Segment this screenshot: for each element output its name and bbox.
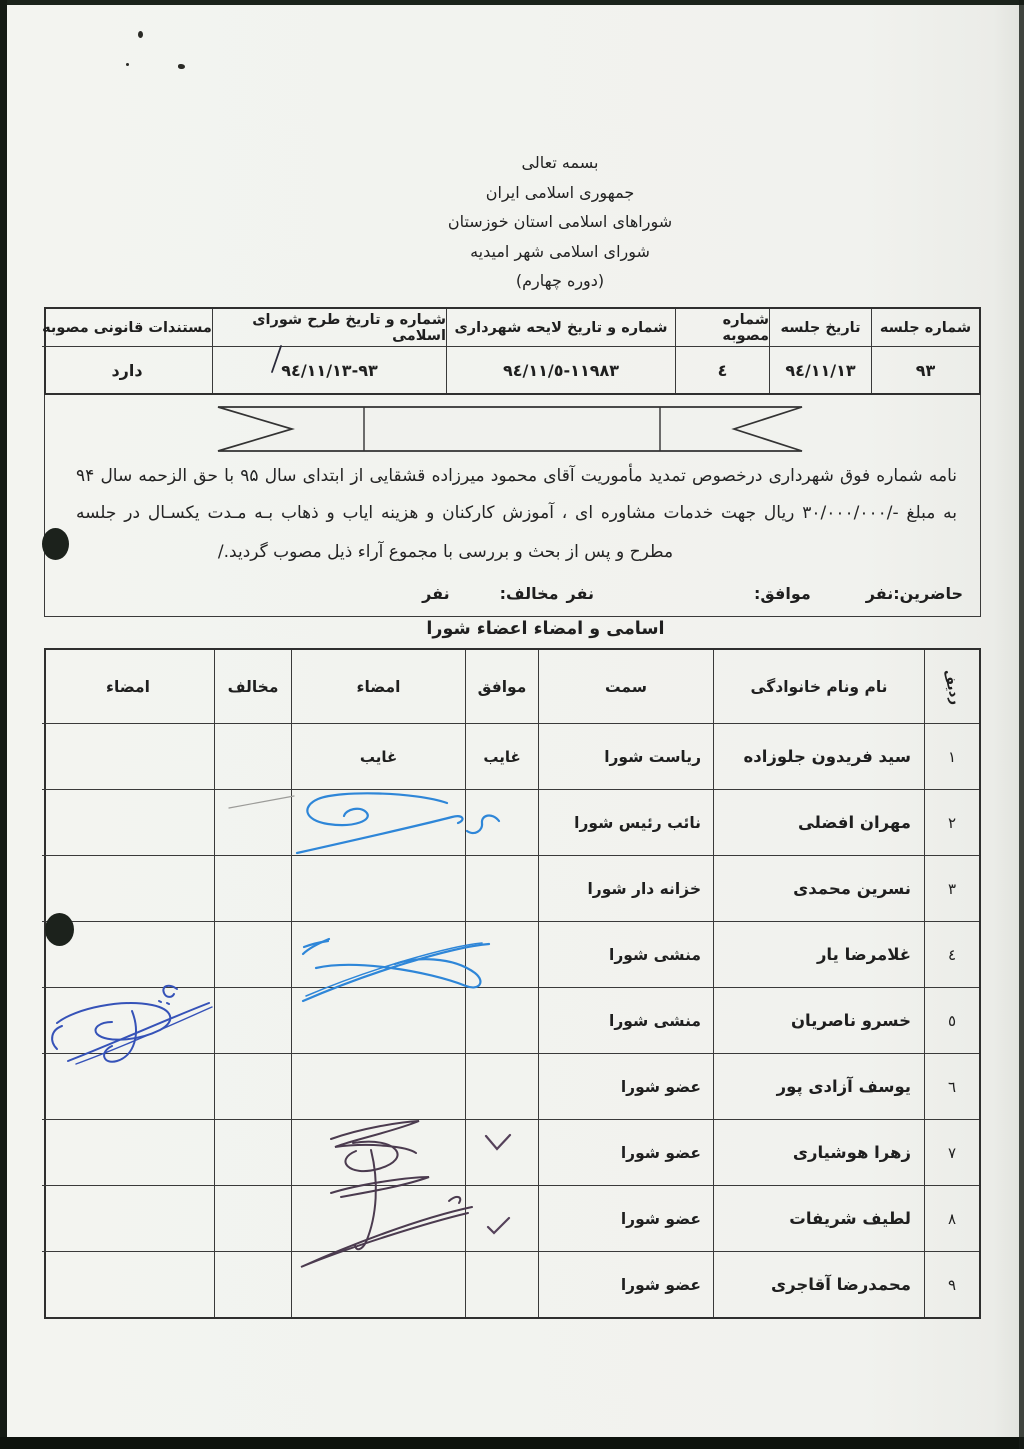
agree-label: موافق: xyxy=(754,584,811,603)
session-date: ٩٤/١١/١٣ xyxy=(785,361,855,380)
member-oppose-cell xyxy=(214,1185,291,1251)
value-session-date: ٩٤/١١/١٣ xyxy=(769,346,871,393)
member-signature-cell xyxy=(291,1185,465,1251)
col-header-signature: امضاء xyxy=(291,650,465,723)
punch-hole-top xyxy=(42,528,69,560)
scan-edge-bottom xyxy=(0,1437,1024,1449)
col-header-row-no: ردیف xyxy=(924,650,979,723)
col-header-member-position: سمت xyxy=(538,650,713,723)
col-header-session-no: شماره جلسه xyxy=(871,309,979,346)
member-name: سید فریدون جلوزاده xyxy=(713,723,924,789)
value-session-no: ٩٣ xyxy=(871,346,979,393)
session-no: ٩٣ xyxy=(916,361,936,380)
member-oppose-cell xyxy=(214,1251,291,1317)
present-count: نفر xyxy=(866,584,893,603)
dust-speck-1 xyxy=(138,31,143,38)
punch-hole-bottom xyxy=(45,913,74,946)
member-agree-cell xyxy=(465,987,538,1053)
member-row-no: ٦ xyxy=(924,1053,979,1119)
member-signature-cell: غایب xyxy=(291,723,465,789)
plan-no-date: ٩٤/١١/١٣-٩٣ xyxy=(281,361,377,380)
member-oppose-cell xyxy=(214,855,291,921)
col-header-signature-2: امضاء xyxy=(42,650,214,723)
member-signature-cell-2 xyxy=(42,987,214,1053)
member-name: خسرو ناصریان xyxy=(713,987,924,1053)
col-header-legal-docs: مستندات قانونی مصوبه xyxy=(42,309,212,346)
member-row-no: ٣ xyxy=(924,855,979,921)
member-agree-cell xyxy=(465,1251,538,1317)
member-name: زهرا هوشیاری xyxy=(713,1119,924,1185)
member-signature-cell-2 xyxy=(42,1185,214,1251)
member-agree-cell xyxy=(465,1119,538,1185)
members-signature-table: ردیف نام ونام خانوادگی سمت موافق امضاء م… xyxy=(44,648,981,1319)
present-label: حاضرین: xyxy=(893,584,963,603)
member-name: محمدرضا آقاجری xyxy=(713,1251,924,1317)
value-plan-no-date: ٩٤/١١/١٣-٩٣ xyxy=(212,346,446,393)
member-signature-cell xyxy=(291,1119,465,1185)
member-row-no: ٤ xyxy=(924,921,979,987)
member-position: عضو شورا xyxy=(538,1053,713,1119)
letterhead-line-province-councils: شوراهای اسلامی استان خوزستان xyxy=(260,207,860,237)
member-row-no: ٩ xyxy=(924,1251,979,1317)
col-header-plan-no-date: شماره و تاریخ طرح شورای اسلامی xyxy=(212,309,446,346)
col-header-bill-no-date: شماره و تاریخ لایحه شهرداری xyxy=(446,309,675,346)
member-position: عضو شورا xyxy=(538,1119,713,1185)
col-header-resolution-no: شماره مصوبه xyxy=(675,309,769,346)
letterhead: بسمه تعالی جمهوری اسلامی ایران شوراهای ا… xyxy=(260,148,860,296)
member-position: منشی شورا xyxy=(538,921,713,987)
scan-edge-left xyxy=(0,0,7,1449)
bill-no-date: ٩٤/١١/٥-١١٩٨٣ xyxy=(503,361,619,380)
member-oppose-cell xyxy=(214,1119,291,1185)
member-row-no: ١ xyxy=(924,723,979,789)
member-oppose-cell xyxy=(214,1053,291,1119)
member-oppose-cell xyxy=(214,987,291,1053)
member-oppose-cell xyxy=(214,723,291,789)
ribbon-title: متن مصوبه xyxy=(364,407,660,451)
scanned-council-resolution-page: بسمه تعالی جمهوری اسلامی ایران شوراهای ا… xyxy=(0,0,1024,1449)
oppose-count: نفر xyxy=(422,584,449,603)
member-position: عضو شورا xyxy=(538,1251,713,1317)
member-row-no: ٥ xyxy=(924,987,979,1053)
meeting-info-table: شماره جلسه تاریخ جلسه شماره مصوبه شماره … xyxy=(44,307,981,395)
resolution-line-1: نامه شماره فوق شهرداری درخصوص تمدید مأمو… xyxy=(44,458,981,495)
resolution-no: ٤ xyxy=(718,361,728,380)
scan-edge-top xyxy=(0,0,1024,5)
value-legal-docs: دارد xyxy=(42,346,212,393)
member-signature-cell-2 xyxy=(42,1251,214,1317)
member-position: منشی شورا xyxy=(538,987,713,1053)
member-agree-cell xyxy=(465,921,538,987)
oppose-label: مخالف: xyxy=(500,584,559,603)
member-row-no: ٧ xyxy=(924,1119,979,1185)
row-no-label: ردیف xyxy=(940,667,964,706)
col-header-session-date: تاریخ جلسه xyxy=(769,309,871,346)
member-signature-cell xyxy=(291,1053,465,1119)
member-signature-cell xyxy=(291,921,465,987)
member-signature-cell xyxy=(291,1251,465,1317)
member-signature-cell xyxy=(291,987,465,1053)
letterhead-line-basmala: بسمه تعالی xyxy=(260,148,860,178)
member-agree-cell xyxy=(465,1053,538,1119)
members-section-title: اسامی و امضاء اعضاء شورا xyxy=(77,619,1014,639)
member-agree-cell xyxy=(465,855,538,921)
member-name: غلامرضا یار xyxy=(713,921,924,987)
resolution-line-3: مطرح و پس از بحث و بررسی با مجموع آراء ذ… xyxy=(44,534,981,571)
member-signature-cell-2 xyxy=(42,723,214,789)
member-name: لطیف شریفات xyxy=(713,1185,924,1251)
member-signature-cell xyxy=(291,855,465,921)
member-signature-cell-2 xyxy=(42,1053,214,1119)
member-name: مهران افضلی xyxy=(713,789,924,855)
member-row-no: ٢ xyxy=(924,789,979,855)
letterhead-line-city-council: شورای اسلامی شهر امیدیه xyxy=(260,237,860,267)
member-oppose-cell xyxy=(214,789,291,855)
member-agree-cell xyxy=(465,789,538,855)
member-signature-cell-2 xyxy=(42,789,214,855)
col-header-oppose: مخالف xyxy=(214,650,291,723)
member-signature-cell-2 xyxy=(42,1119,214,1185)
member-agree-cell: غایب xyxy=(465,723,538,789)
agree-count: نفر xyxy=(567,584,594,603)
member-signature-cell xyxy=(291,789,465,855)
dust-speck-3 xyxy=(178,64,185,69)
member-oppose-cell xyxy=(214,921,291,987)
member-position: خزانه دار شورا xyxy=(538,855,713,921)
col-header-agree: موافق xyxy=(465,650,538,723)
member-name: یوسف آزادی پور xyxy=(713,1053,924,1119)
member-position: نائب رئیس شورا xyxy=(538,789,713,855)
letterhead-line-term: (دوره چهارم) xyxy=(260,266,860,296)
value-bill-no-date: ٩٤/١١/٥-١١٩٨٣ xyxy=(446,346,675,393)
member-position: ریاست شورا xyxy=(538,723,713,789)
dust-speck-2 xyxy=(126,63,129,66)
member-position: عضو شورا xyxy=(538,1185,713,1251)
scan-edge-right xyxy=(1019,0,1024,1449)
member-agree-cell xyxy=(465,1185,538,1251)
member-name: نسرین محمدی xyxy=(713,855,924,921)
col-header-member-name: نام ونام خانوادگی xyxy=(713,650,924,723)
member-row-no: ٨ xyxy=(924,1185,979,1251)
resolution-line-2: به مبلغ -/۳۰/۰۰۰/۰۰۰ ریال جهت خدمات مشاو… xyxy=(44,495,981,532)
attendance-line: حاضرین: نفر موافق: نفر مخالف: نفر xyxy=(44,576,981,610)
value-resolution-no: ٤ xyxy=(675,346,769,393)
member-signature-cell-2 xyxy=(42,855,214,921)
letterhead-line-republic: جمهوری اسلامی ایران xyxy=(260,178,860,208)
